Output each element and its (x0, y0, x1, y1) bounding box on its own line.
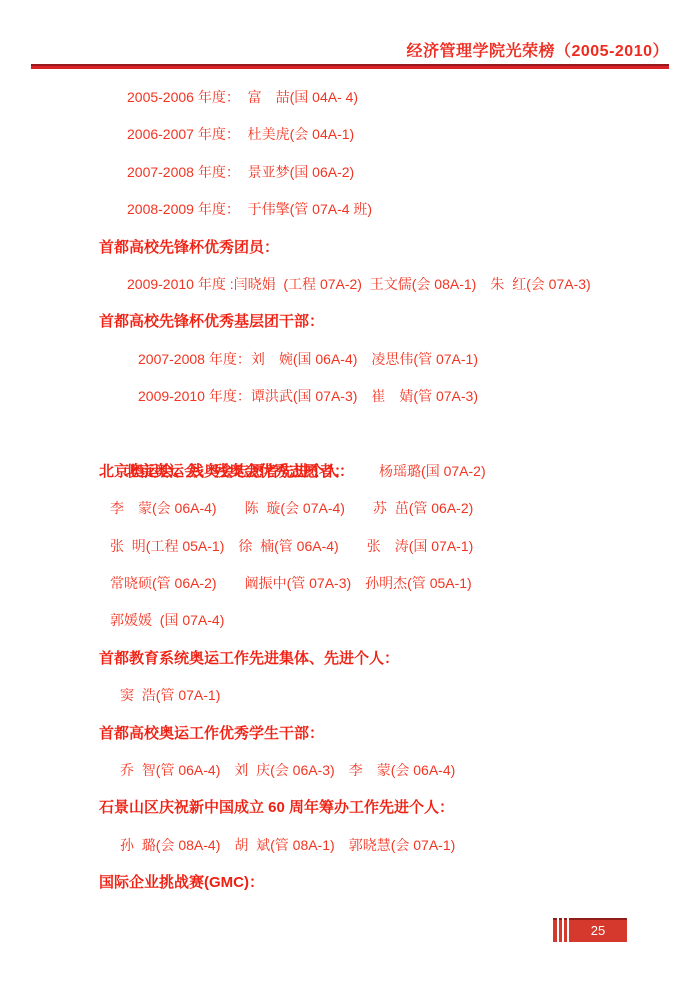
section-heading-olympic-student-cadre: 首都高校奥运工作优秀学生干部： (99, 715, 700, 752)
footer-stripe (559, 918, 562, 942)
year-entry: 2009-2010 年度 :闫晓娟 (工程 07A-2) 王文儒(会 08A-1… (127, 266, 700, 303)
section-heading-pioneer-cup-cadre: 首都高校先锋杯优秀基层团干部： (99, 303, 700, 340)
year-entry: 2007-2008 年度： 景亚梦(国 06A-2) (127, 154, 700, 191)
names-entry: 郭媛媛 (国 07A-4) (110, 602, 700, 639)
footer-stripe (564, 918, 567, 942)
names-entry: 孙 璐(会 08A-4) 胡 斌(管 08A-1) 郭晓慧(会 07A-1) (120, 827, 700, 864)
names-entry: 窦 浩(管 07A-1) (120, 677, 700, 714)
page-header: 经济管理学院光荣榜（2005-2010） (31, 0, 669, 62)
year-entry: 2007-2008 年度：刘 婉(国 06A-4) 凌思伟(管 07A-1) (138, 341, 700, 378)
names-entry: 常晓硕(管 06A-2) 阚振中(管 07A-3) 孙明杰(管 05A-1) (110, 565, 700, 602)
section-heading-capital-education-olympic: 首都教育系统奥运工作先进集体、先进个人： (99, 640, 700, 677)
page-number-block: 25 (553, 918, 627, 942)
honor-roll-content: 2005-2006 年度： 富 喆(国 04A- 4) 2006-2007 年度… (0, 79, 700, 902)
page-number: 25 (569, 918, 627, 942)
section-heading-gmc-challenge: 国际企业挑战赛(GMC)： (99, 864, 700, 901)
year-entry: 2006-2007 年度： 杜美虎(会 04A-1) (127, 116, 700, 153)
document-page: 经济管理学院光荣榜（2005-2010） 2005-2006 年度： 富 喆(国… (0, 0, 700, 993)
year-entry: 2005-2006 年度： 富 喆(国 04A- 4) (127, 79, 700, 116)
page-title: 经济管理学院光荣榜（2005-2010） (406, 42, 669, 62)
volunteer-name: 杨瑶璐(国 07A-2) (379, 463, 486, 479)
names-entry: 乔 智(管 06A-4) 刘 庆(会 06A-3) 李 蒙(会 06A-4) (120, 752, 700, 789)
section-heading-shijingshan-60th-anniversary: 石景山区庆祝新中国成立 60 周年筹办工作先进个人： (99, 789, 700, 826)
header-rule-line (31, 64, 669, 69)
year-entry: 2009-2010 年度：谭洪武(国 07A-3) 崔 婧(管 07A-3) (138, 378, 700, 415)
section-heading-olympic-excellent-volunteer: 北京奥运会、残奥会优秀志愿者：杨瑶璐(国 07A-2) (99, 416, 700, 453)
year-entry: 2008-2009 年度： 于伟擎(管 07A-4 班) (127, 191, 700, 228)
names-entry: 李 蒙(会 06A-4) 陈 璇(会 07A-4) 苏 茁(管 06A-2) (110, 490, 700, 527)
footer-stripe (553, 918, 557, 942)
section-heading-pioneer-cup-member: 首都高校先锋杯优秀团员： (99, 229, 700, 266)
names-entry: 张 明(工程 05A-1) 徐 楠(管 06A-4) 张 涛(国 07A-1) (110, 528, 700, 565)
